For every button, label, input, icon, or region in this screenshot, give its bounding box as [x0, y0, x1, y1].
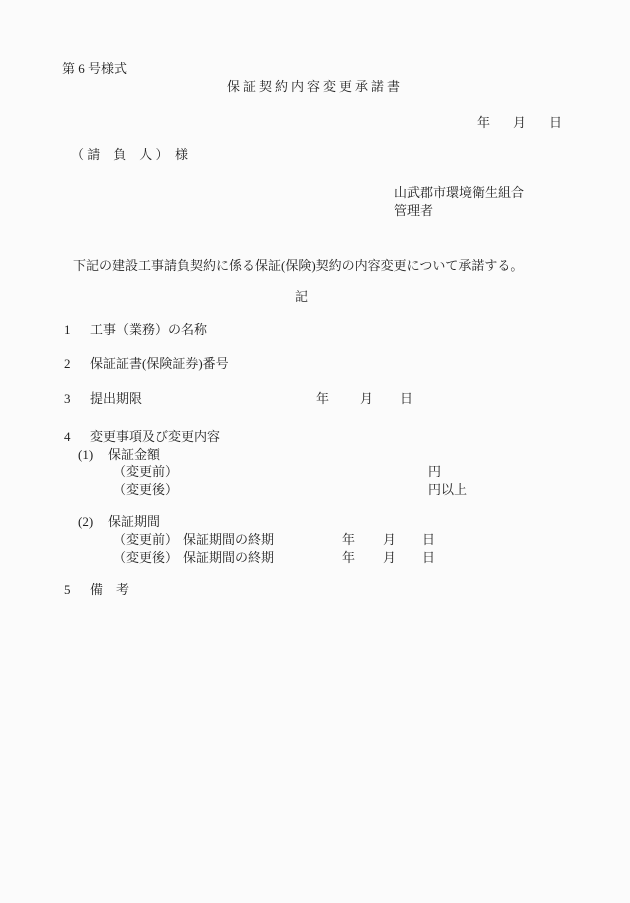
- item4-number: 4: [64, 429, 71, 445]
- item5-label: 備 考: [90, 582, 129, 598]
- item1-label: 工事（業務）の名称: [90, 322, 207, 338]
- document-title: 保証契約内容変更承諾書: [0, 79, 630, 95]
- item4-sub2-before-year-label: 年: [342, 532, 355, 548]
- item2-label: 保証証書(保険証券)番号: [90, 356, 229, 372]
- addressee: （ 請 負 人 ） 様: [71, 147, 188, 163]
- item4-sub2-before-field: 保証期間の終期: [183, 532, 274, 548]
- item4-sub2-after-label: （変更後）: [113, 550, 178, 566]
- issuer-organization: 山武郡市環境衛生組合: [394, 185, 524, 201]
- item4-sub2-after-day-label: 日: [422, 550, 435, 566]
- item4-sub2-before-day-label: 日: [422, 532, 435, 548]
- body-text: 下記の建設工事請負契約に係る保証(保険)契約の内容変更について承諾する。: [73, 258, 523, 274]
- item4-sub2-before-label: （変更前）: [113, 532, 178, 548]
- item4-sub2-after-month-label: 月: [383, 550, 396, 566]
- item4-sub1-before-unit: 円: [428, 464, 441, 480]
- item1-number: 1: [64, 322, 71, 338]
- item4-sub1-before-label: （変更前）: [113, 464, 178, 480]
- record-heading: 記: [295, 289, 308, 305]
- item4-sub1-after-unit: 円以上: [428, 482, 467, 498]
- date-year-label: 年: [477, 115, 490, 131]
- item4-sub1-label: 保証金額: [108, 447, 160, 463]
- item4-sub2-label: 保証期間: [108, 514, 160, 530]
- form-number: 第 6 号様式: [62, 61, 127, 77]
- date-month-label: 月: [513, 115, 526, 131]
- item3-year-label: 年: [316, 391, 329, 407]
- document-page: 第 6 号様式 保証契約内容変更承諾書 年 月 日 （ 請 負 人 ） 様 山武…: [0, 0, 630, 903]
- date-day-label: 日: [549, 115, 562, 131]
- item4-sub2-before-month-label: 月: [383, 532, 396, 548]
- item2-number: 2: [64, 356, 71, 372]
- item4-sub2-after-year-label: 年: [342, 550, 355, 566]
- item5-number: 5: [64, 582, 71, 598]
- item3-number: 3: [64, 391, 71, 407]
- item4-sub1-number: (1): [78, 447, 93, 463]
- item4-sub2-number: (2): [78, 514, 93, 530]
- item4-sub2-after-field: 保証期間の終期: [183, 550, 274, 566]
- item3-label: 提出期限: [90, 391, 142, 407]
- item4-label: 変更事項及び変更内容: [90, 429, 220, 445]
- item4-sub1-after-label: （変更後）: [113, 482, 178, 498]
- issuer-title: 管理者: [394, 203, 433, 219]
- item3-day-label: 日: [400, 391, 413, 407]
- item3-month-label: 月: [360, 391, 373, 407]
